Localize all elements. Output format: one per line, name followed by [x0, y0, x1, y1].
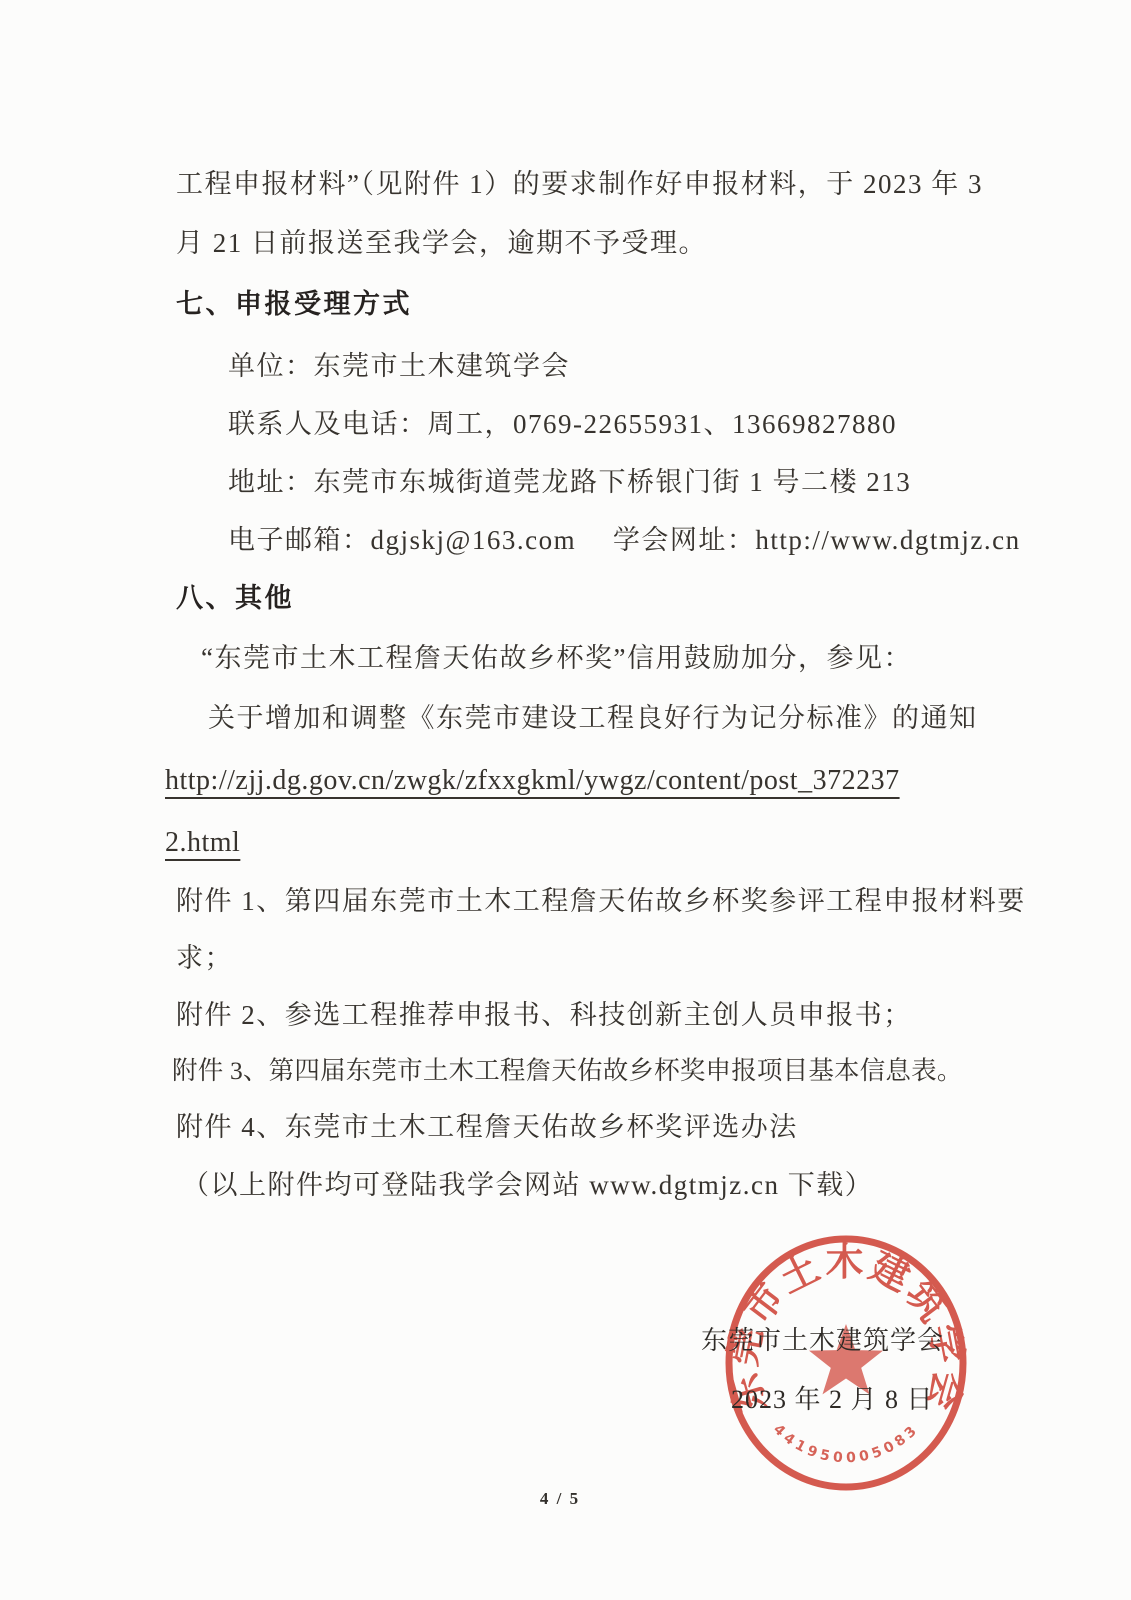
- email-line: 电子邮箱：dgjskj@163.com 学会网址：http://www.dgtm…: [228, 523, 1021, 557]
- section-7-heading: 七、申报受理方式: [176, 287, 412, 321]
- official-seal: 东莞市土木建筑学会 ▲4419500050835: [712, 1228, 980, 1496]
- section-8-heading: 八、其他: [176, 581, 294, 615]
- contact-line: 联系人及电话：周工，0769-22655931、13669827880: [228, 407, 897, 441]
- document-page: 工程申报材料”（见附件 1）的要求制作好申报材料，于 2023 年 3 月 21…: [0, 0, 1131, 1600]
- attachment-1-line-cont: 求；: [176, 941, 233, 975]
- notice-url-line-2[interactable]: 2.html: [165, 826, 240, 860]
- attachment-2-line: 附件 2、参选工程推荐申报书、科技创新主创人员申报书；: [176, 998, 912, 1032]
- credit-line: “东莞市土木工程詹天佑故乡杯奖”信用鼓励加分，参见：: [201, 641, 912, 675]
- notice-url-line-1[interactable]: http://zjj.dg.gov.cn/zwgk/zfxxgkml/ywgz/…: [165, 764, 900, 798]
- attachment-3-line: 附件 3、第四届东莞市土木工程詹天佑故乡杯奖申报项目基本信息表。: [172, 1054, 963, 1088]
- unit-line: 单位：东莞市土木建筑学会: [228, 349, 570, 383]
- body-line: 工程申报材料”（见附件 1）的要求制作好申报材料，于 2023 年 3: [176, 167, 983, 201]
- download-note-line: （以上附件均可登陆我学会网站 www.dgtmjz.cn 下载）: [182, 1168, 873, 1202]
- attachment-1-line: 附件 1、第四届东莞市土木工程詹天佑故乡杯奖参评工程申报材料要: [176, 884, 1026, 918]
- signature-org: 东莞市土木建筑学会: [701, 1320, 944, 1357]
- address-line: 地址：东莞市东城街道莞龙路下桥银门街 1 号二楼 213: [228, 465, 911, 499]
- body-line: 月 21 日前报送至我学会，逾期不予受理。: [176, 226, 707, 260]
- signature-date: 2023 年 2 月 8 日: [731, 1379, 934, 1416]
- attachment-4-line: 附件 4、东莞市土木工程詹天佑故乡杯奖评选办法: [176, 1110, 798, 1144]
- notice-line: 关于增加和调整《东莞市建设工程良好行为记分标准》的通知: [208, 701, 978, 735]
